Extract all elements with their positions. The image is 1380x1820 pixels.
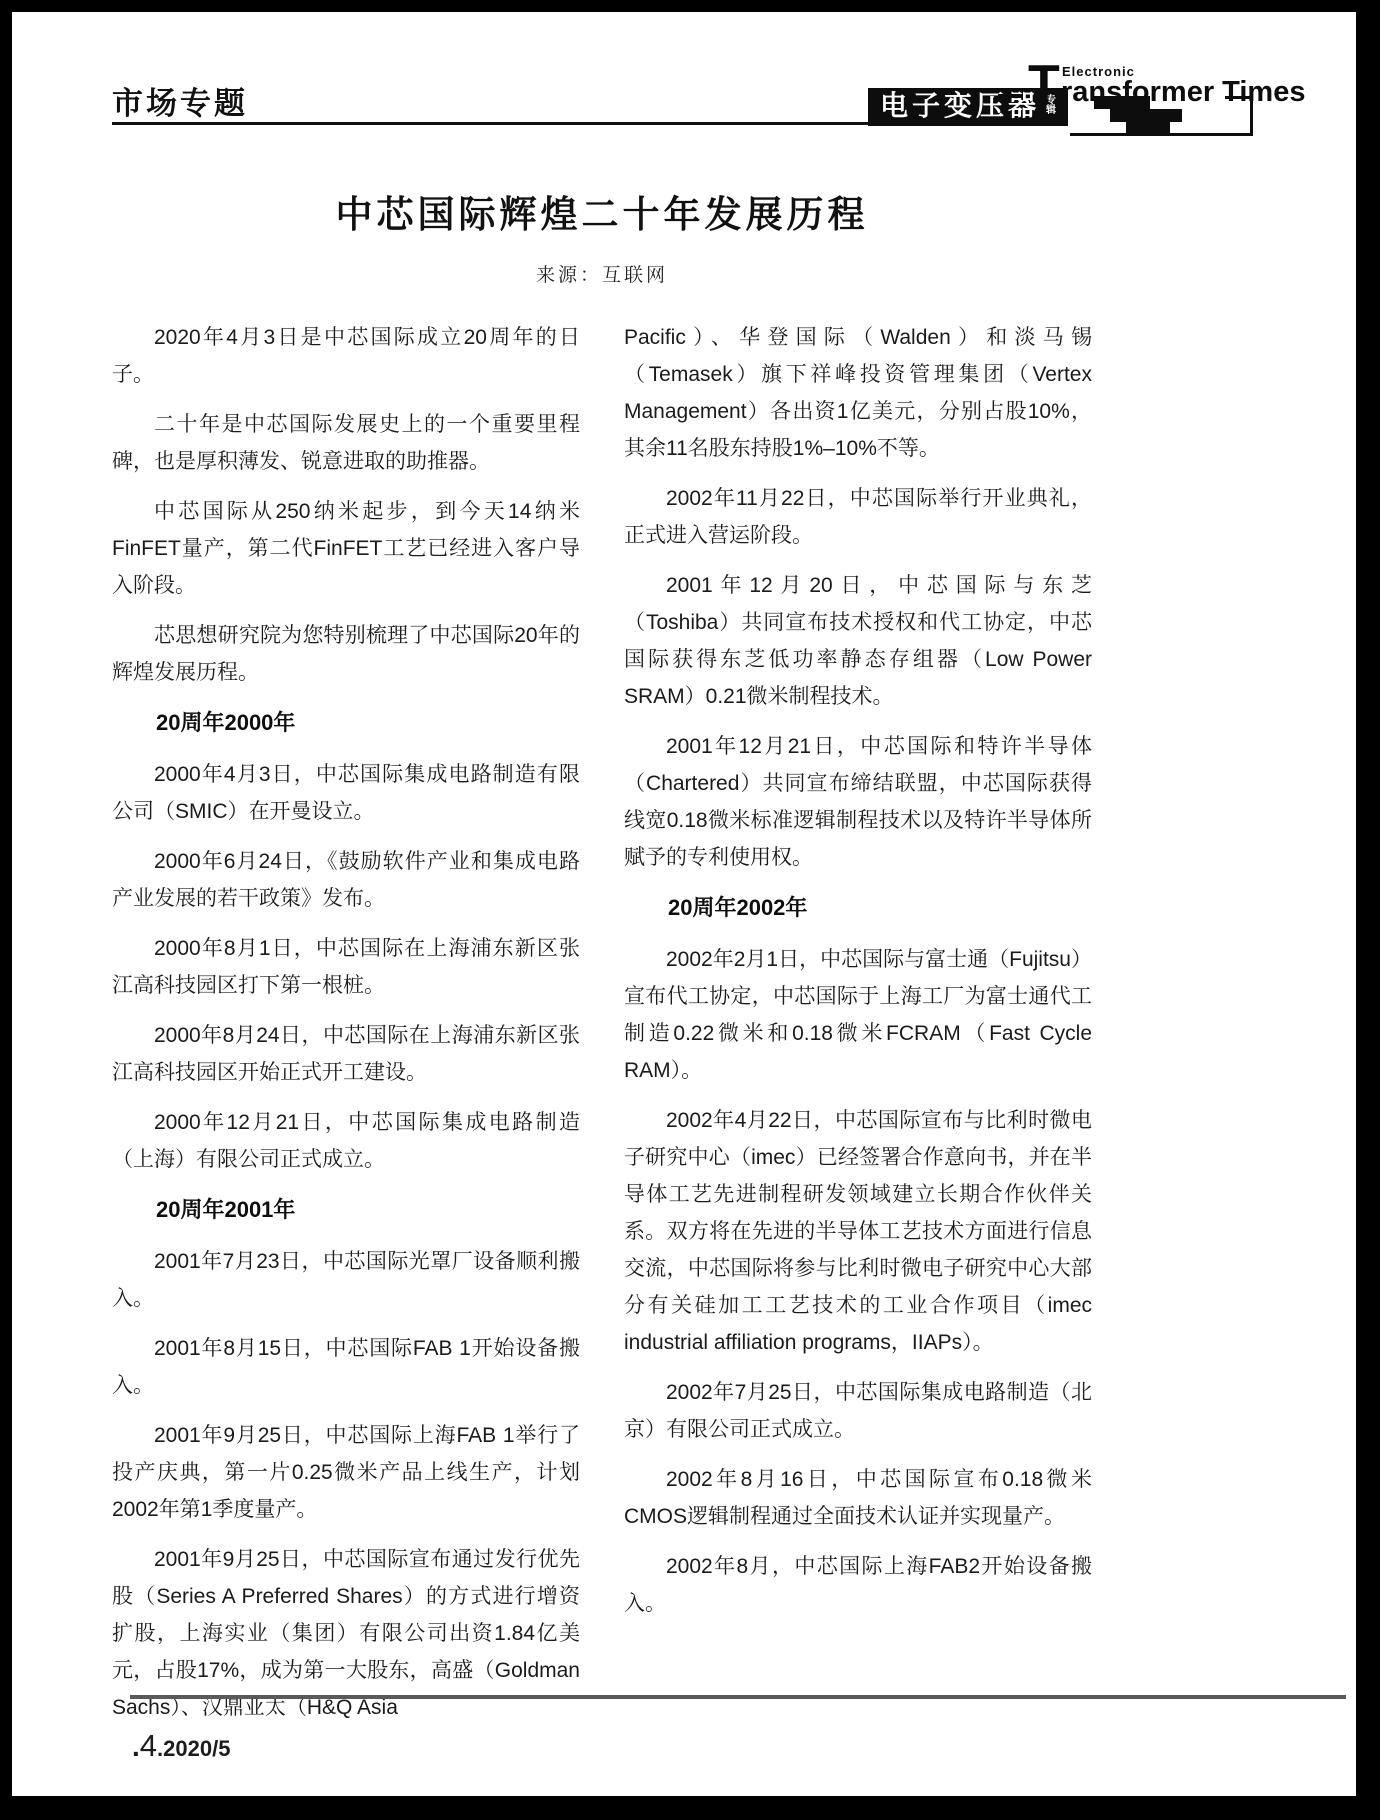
section-label: 市场专题 [112,78,248,123]
paragraph: 2002年11月22日，中芯国际举行开业典礼，正式进入营运阶段。 [624,480,1092,554]
section-heading: 20周年2002年 [624,889,1092,926]
page-number-value: 4 [140,1728,157,1763]
header-rule [112,122,868,125]
issue-label: .2020/5 [157,1736,230,1761]
masthead-dash [998,94,1022,98]
paragraph: 2002年8月16日，中芯国际宣布0.18微米CMOS逻辑制程通过全面技术认证并… [624,1461,1092,1535]
paragraph: 中芯国际从250纳米起步，到今天14纳米FinFET量产，第二代FinFET工艺… [112,493,580,604]
paragraph: 芯思想研究院为您特别梳理了中芯国际20年的辉煌发展历程。 [112,617,580,691]
article-title: 中芯国际辉煌二十年发展历程 [112,184,1092,238]
stair-decoration [1110,109,1182,122]
paragraph-continuation: Pacific）、华登国际（Walden）和淡马锡（Temasek）旗下祥峰投资… [624,319,1092,467]
masthead-bracket-top [1225,96,1253,99]
paragraph: 2000年4月3日，中芯国际集成电路制造有限公司（SMIC）在开曼设立。 [112,756,580,830]
masthead-bracket-bottom [1070,133,1253,136]
paragraph: 2002年4月22日，中芯国际宣布与比利时微电子研究中心（imec）已经签署合作… [624,1102,1092,1361]
footer-rule [130,1695,1346,1699]
article-columns: 2020年4月3日是中芯国际成立20周年的日子。 二十年是中芯国际发展史上的一个… [112,319,1092,1739]
section-heading: 20周年2000年 [112,704,580,741]
page-number-prefix: . [132,1731,140,1762]
page-number: .4.2020/5 [132,1728,230,1764]
paragraph: 2000年8月24日，中芯国际在上海浦东新区张江高科技园区开始正式开工建设。 [112,1017,580,1091]
paragraph: 2020年4月3日是中芯国际成立20周年的日子。 [112,319,580,393]
paragraph: 2002年7月25日，中芯国际集成电路制造（北京）有限公司正式成立。 [624,1374,1092,1448]
paragraph: 2000年12月21日，中芯国际集成电路制造（上海）有限公司正式成立。 [112,1104,580,1178]
magazine-page: 市场专题 电子变压器 专辑 T Electronic ransformer Ti… [12,12,1356,1796]
paragraph: 2001年12月21日，中芯国际和特许半导体（Chartered）共同宣布缔结联… [624,728,1092,876]
paragraph: 2001年8月15日，中芯国际FAB 1开始设备搬入。 [112,1330,580,1404]
article-source: 来源：互联网 [112,260,1092,287]
paragraph: 2001年9月25日，中芯国际上海FAB 1举行了投产庆典，第一片0.25微米产… [112,1417,580,1528]
paragraph: 2001年12月20日，中芯国际与东芝（Toshiba）共同宣布技术授权和代工协… [624,567,1092,715]
paragraph: 2001年7月23日，中芯国际光罩厂设备顺利搬入。 [112,1243,580,1317]
left-column: 2020年4月3日是中芯国际成立20周年的日子。 二十年是中芯国际发展史上的一个… [112,319,580,1739]
paragraph: 二十年是中芯国际发展史上的一个重要里程碑，也是厚积薄发、锐意进取的助推器。 [112,406,580,480]
paragraph: 2002年8月，中芯国际上海FAB2开始设备搬入。 [624,1548,1092,1622]
paragraph: 2000年6月24日，《鼓励软件产业和集成电路产业发展的若干政策》发布。 [112,843,580,917]
paragraph: 2002年2月1日，中芯国际与富士通（Fujitsu）宣布代工协定，中芯国际于上… [624,941,1092,1089]
right-column: Pacific）、华登国际（Walden）和淡马锡（Temasek）旗下祥峰投资… [624,319,1092,1739]
section-heading: 20周年2001年 [112,1191,580,1228]
masthead-transformer-times: ransformer Times [1061,76,1305,109]
masthead-bracket-side [1250,96,1253,136]
article: 中芯国际辉煌二十年发展历程 来源：互联网 2020年4月3日是中芯国际成立20周… [112,184,1092,1739]
masthead-initial: T [1028,58,1060,110]
paragraph: 2000年8月1日，中芯国际在上海浦东新区张江高科技园区打下第一根桩。 [112,930,580,1004]
